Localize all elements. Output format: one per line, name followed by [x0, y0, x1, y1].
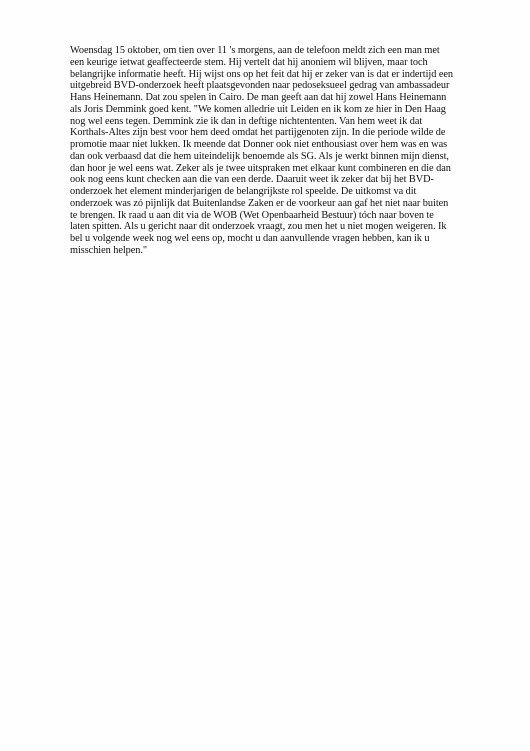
text-line: een keurige ietwat geaffecteerde stem. H… [70, 57, 470, 69]
text-line: als Joris Demmink goed kent. "We komen a… [70, 104, 470, 116]
text-line: uitgebreid BVD-onderzoek heeft plaatsgev… [70, 80, 470, 92]
text-line: dan ook verbaasd dat die hem uiteindelij… [70, 151, 470, 163]
text-line: belangrijke informatie heeft. Hij wijst … [70, 69, 470, 81]
text-line: onderzoek het element minderjarigen de b… [70, 186, 470, 198]
text-line: Hans Heinemann. Dat zou spelen in Cairo.… [70, 92, 470, 104]
text-line: Korthals-Altes zijn best voor hem deed o… [70, 127, 470, 139]
text-line: onderzoek was zó pijnlijk dat Buitenland… [70, 198, 470, 210]
text-line: Woensdag 15 oktober, om tien over 11 's … [70, 45, 470, 57]
text-line: nog wel eens tegen. Demmink zie ik dan i… [70, 116, 470, 128]
text-line: misschien helpen." [70, 245, 470, 257]
document-body-paragraph: Woensdag 15 oktober, om tien over 11 's … [70, 45, 470, 257]
text-line: dan hoor je wel eens wat. Zeker als je t… [70, 163, 470, 175]
text-line: bel u volgende week nog wel eens op, moc… [70, 233, 470, 245]
text-line: laten spitten. Als u gericht naar dit on… [70, 221, 470, 233]
text-line: promotie maar niet lukken. Ik meende dat… [70, 139, 470, 151]
text-line: te brengen. Ik raad u aan dit via de WOB… [70, 210, 470, 222]
document-page: Woensdag 15 oktober, om tien over 11 's … [0, 0, 530, 751]
text-line: ook nog eens kunt checken aan die van ee… [70, 174, 470, 186]
